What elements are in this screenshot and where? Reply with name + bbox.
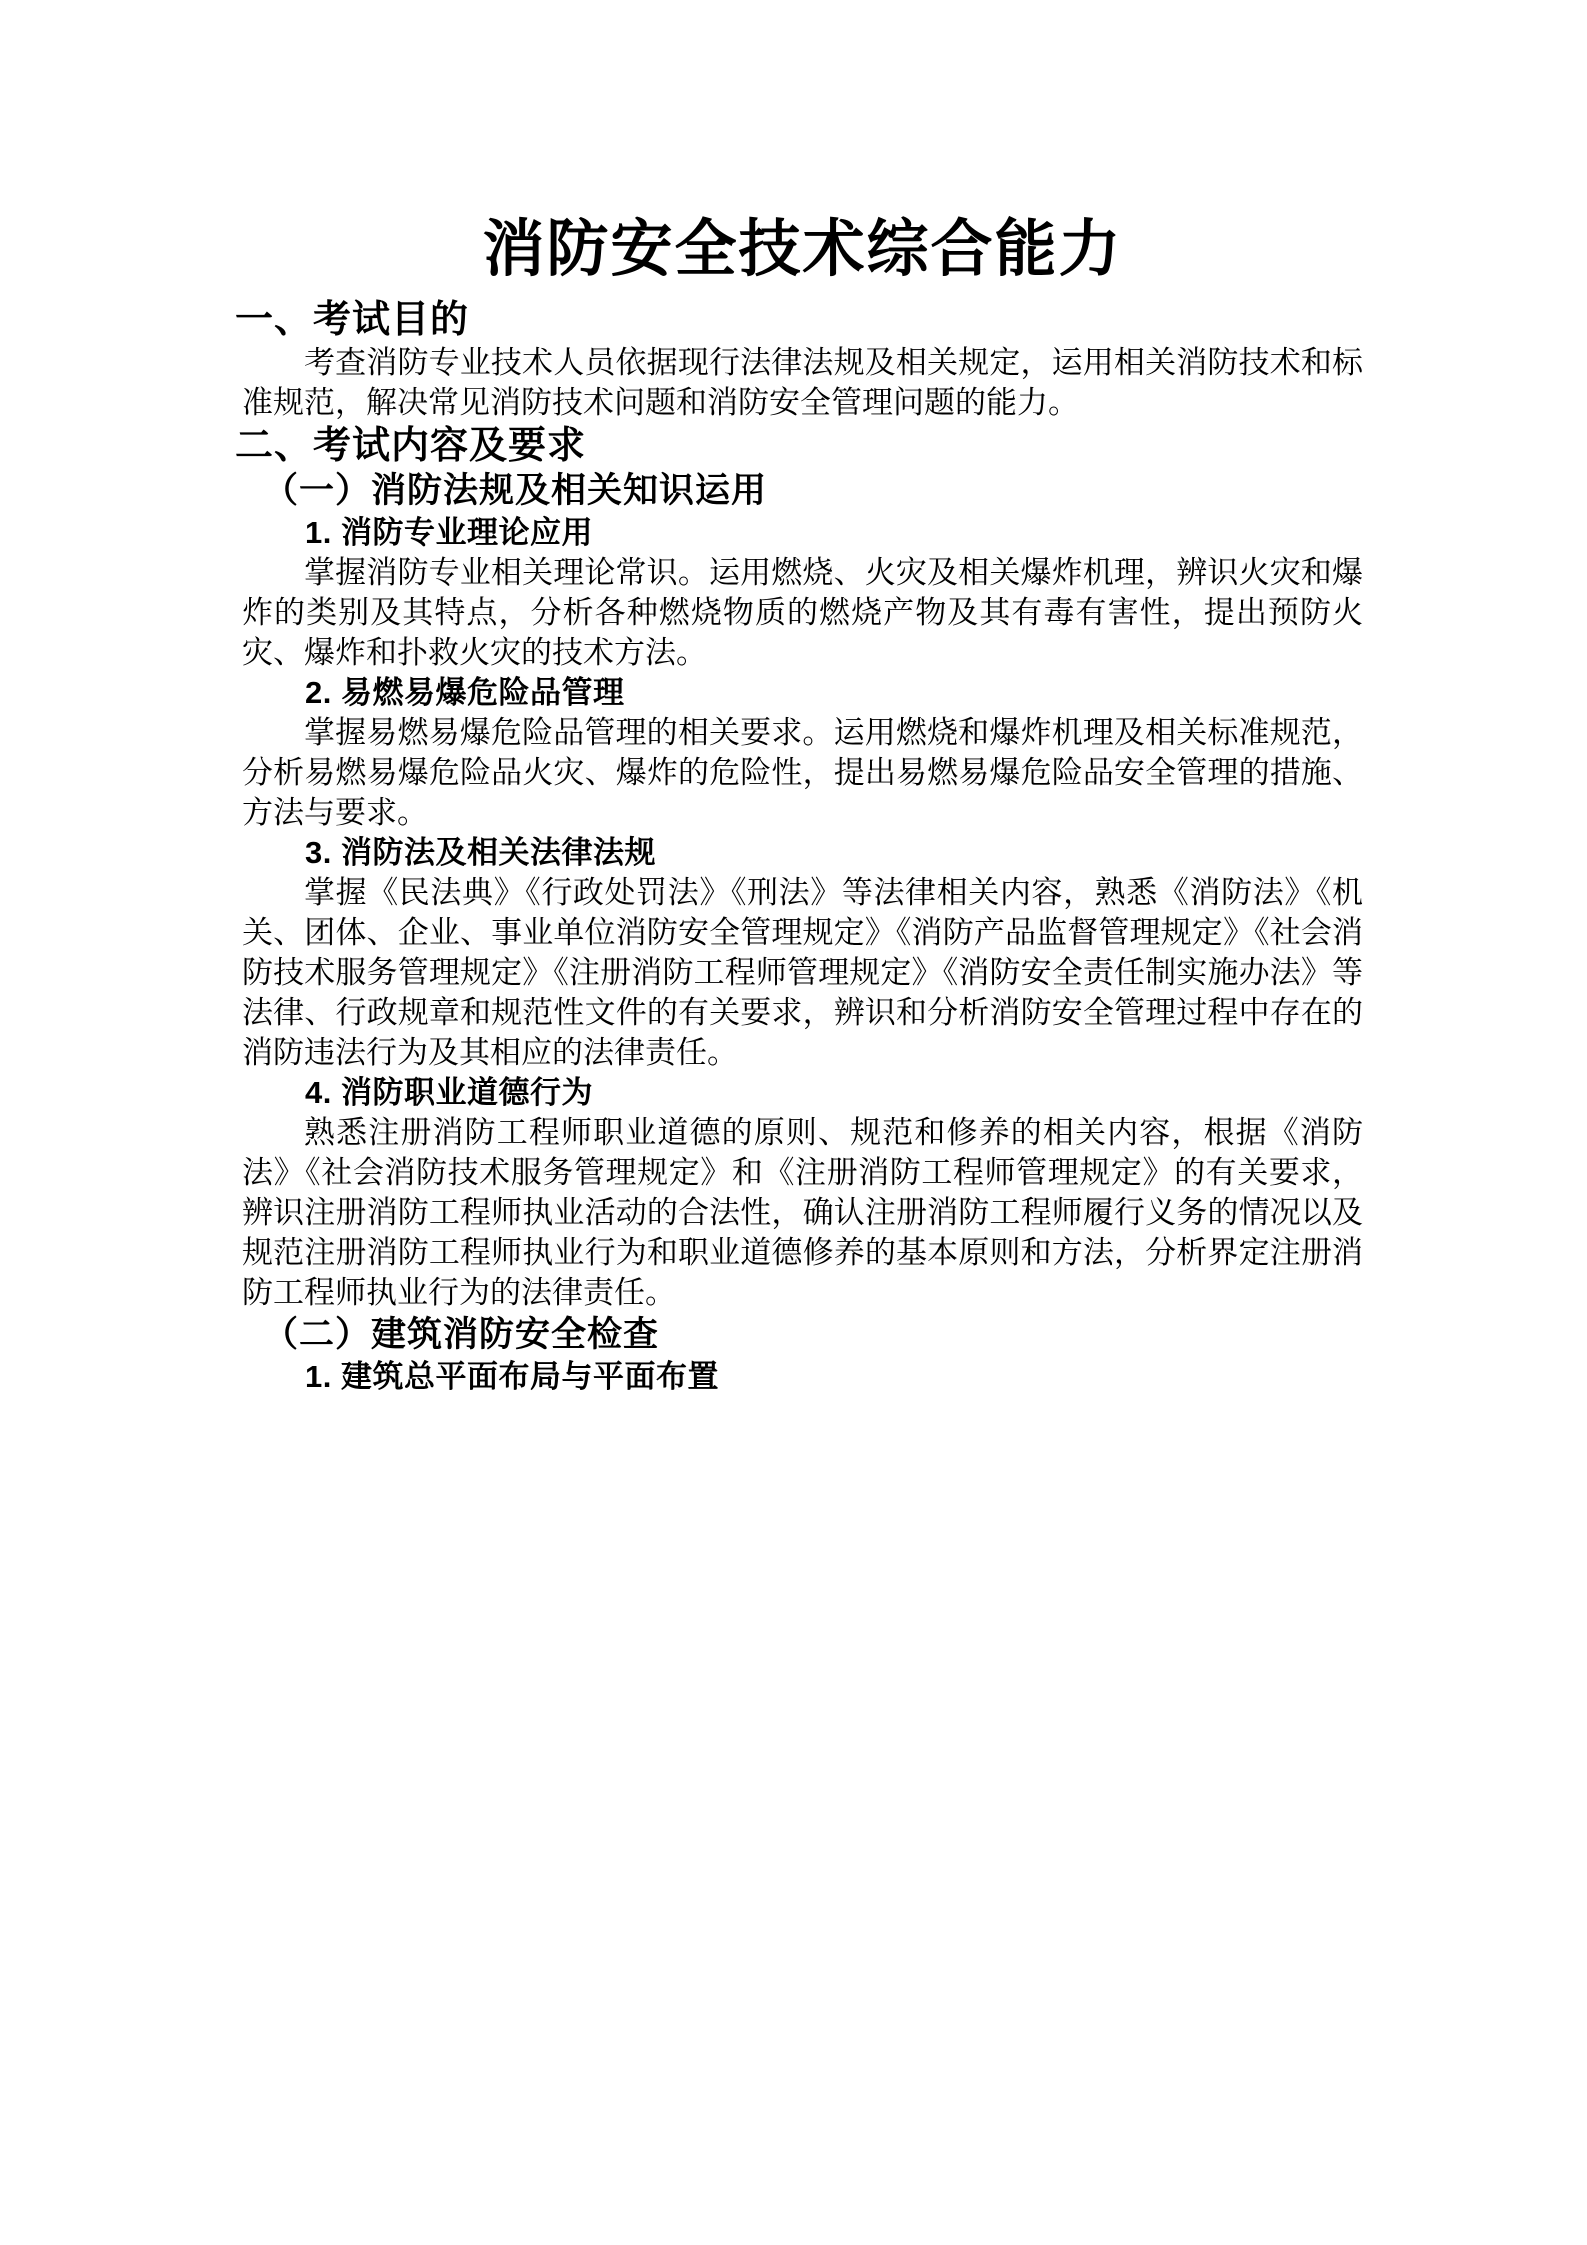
paragraph-exam-purpose: 考查消防专业技术人员依据现行法律法规及相关规定，运用相关消防技术和标准规范，解决… [242, 343, 1363, 423]
document-page: 消防安全技术综合能力 一、考试目的 考查消防专业技术人员依据现行法律法规及相关规… [0, 0, 1587, 2245]
paragraph-professional-ethics: 熟悉注册消防工程师职业道德的原则、规范和修养的相关内容，根据《消防法》《社会消防… [242, 1113, 1363, 1313]
paragraph-fire-theory: 掌握消防专业相关理论常识。运用燃烧、火灾及相关爆炸机理，辨识火灾和爆炸的类别及其… [242, 553, 1363, 673]
item-heading-professional-ethics: 4. 消防职业道德行为 [305, 1073, 1363, 1113]
section-heading-exam-content: 二、考试内容及要求 [235, 423, 1363, 469]
paragraph-flammable-management: 掌握易燃易爆危险品管理的相关要求。运用燃烧和爆炸机理及相关标准规范，分析易燃易爆… [242, 713, 1363, 833]
item-heading-fire-theory: 1. 消防专业理论应用 [305, 513, 1363, 553]
item-heading-building-layout: 1. 建筑总平面布局与平面布置 [305, 1357, 1363, 1397]
document-title: 消防安全技术综合能力 [242, 0, 1363, 297]
paragraph-fire-law-regulations: 掌握《民法典》《行政处罚法》《刑法》等法律相关内容，熟悉《消防法》《机关、团体、… [242, 873, 1363, 1073]
subsection-heading-building-inspection: （二）建筑消防安全检查 [263, 1313, 1363, 1357]
section-heading-exam-purpose: 一、考试目的 [235, 297, 1363, 343]
item-heading-fire-law-regulations: 3. 消防法及相关法律法规 [305, 833, 1363, 873]
item-heading-flammable-management: 2. 易燃易爆危险品管理 [305, 673, 1363, 713]
subsection-heading-fire-laws: （一）消防法规及相关知识运用 [263, 469, 1363, 513]
